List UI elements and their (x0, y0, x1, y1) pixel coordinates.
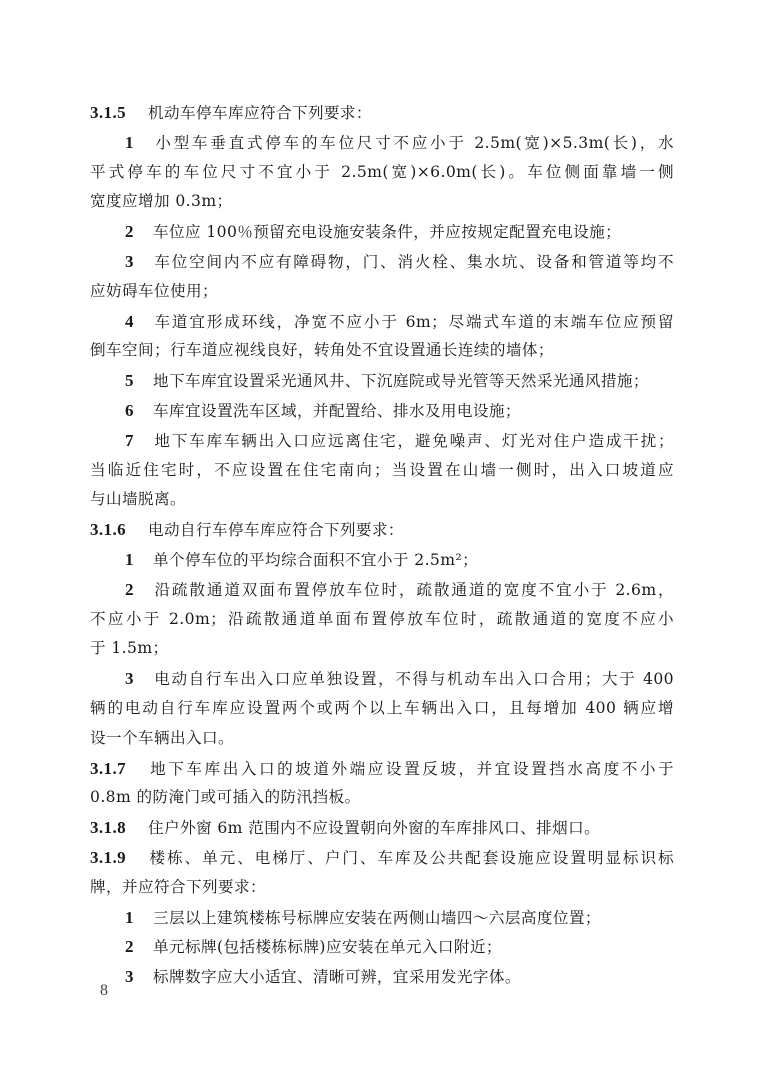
item-number: 2 (125, 932, 153, 962)
line-text: 住户外窗 6m 范围内不应设置朝向外窗的车库排风口、排烟口。 (148, 819, 600, 837)
line-text: 倒车空间；行车道应视线良好，转角处不宜设置通长连续的墙体； (90, 341, 554, 359)
line-text: 单个停车位的平均综合面积不宜小于 2.5m²； (153, 551, 478, 569)
line-text: 设一个车辆出入口。 (90, 729, 234, 747)
list-item-line: 2单元标牌(包括楼栋标牌)应安装在单元入口附近； (90, 932, 674, 962)
line-text: 三层以上建筑楼栋号标牌应安装在两侧山墙四～六层高度位置； (153, 909, 601, 927)
item-number: 3 (125, 962, 153, 992)
text-line: 牌，并应符合下列要求： (90, 873, 674, 903)
list-item-line: 7地下车库车辆出入口应远离住宅，避免噪声、灯光对住户造成干扰； (90, 426, 674, 456)
line-text: 地下车库出入口的坡道外端应设置反坡，并宜设置挡水高度不小于 (148, 760, 674, 778)
list-item-line: 4车道宜形成环线，净宽不应小于 6m；尽端式车道的末端车位应预留 (90, 307, 674, 337)
item-number: 4 (125, 307, 153, 337)
clause-number: 3.1.7 (90, 754, 148, 784)
line-text: 于 1.5m； (90, 639, 169, 657)
clause-number: 3.1.6 (90, 515, 148, 545)
line-text: 牌，并应符合下列要求： (90, 878, 266, 896)
list-item-line: 3车位空间内不应有障碍物，门、消火栓、集水坑、设备和管道等均不 (90, 247, 674, 277)
list-item-line: 6车库宜设置洗车区域，并配置给、排水及用电设施； (90, 396, 674, 426)
text-line: 不应小于 2.0m；沿疏散通道单面布置停放车位时，疏散通道的宽度不应小 (90, 605, 674, 635)
clause-number: 3.1.5 (90, 98, 148, 128)
line-text: 辆的电动自行车库应设置两个或两个以上车辆出入口，且每增加 400 辆应增 (90, 699, 674, 717)
text-line: 应妨碍车位使用； (90, 277, 674, 307)
text-line: 倒车空间；行车道应视线良好，转角处不宜设置通长连续的墙体； (90, 336, 674, 366)
clause-heading-line: 3.1.5机动车停车库应符合下列要求： (90, 98, 674, 128)
line-text: 当临近住宅时，不应设置在住宅南向；当设置在山墙一侧时，出入口坡道应 (90, 461, 674, 479)
clause-number: 3.1.9 (90, 843, 148, 873)
text-line: 当临近住宅时，不应设置在住宅南向；当设置在山墙一侧时，出入口坡道应 (90, 456, 674, 486)
item-number: 3 (125, 664, 153, 694)
item-number: 1 (125, 128, 153, 158)
item-number: 7 (125, 426, 153, 456)
document-body: 3.1.5机动车停车库应符合下列要求：1小型车垂直式停车的车位尺寸不应小于 2.… (90, 98, 674, 992)
line-text: 电动自行车出入口应单独设置，不得与机动车出入口合用；大于 400 (153, 670, 674, 688)
line-text: 沿疏散通道双面布置停放车位时，疏散通道的宽度不宜小于 2.6m， (153, 581, 674, 599)
line-text: 单元标牌(包括楼栋标牌)应安装在单元入口附近； (153, 938, 502, 956)
line-text: 车位空间内不应有障碍物，门、消火栓、集水坑、设备和管道等均不 (153, 253, 674, 271)
item-number: 6 (125, 396, 153, 426)
list-item-line: 2沿疏散通道双面布置停放车位时，疏散通道的宽度不宜小于 2.6m， (90, 575, 674, 605)
text-line: 辆的电动自行车库应设置两个或两个以上车辆出入口，且每增加 400 辆应增 (90, 694, 674, 724)
item-number: 1 (125, 545, 153, 575)
page-number: 8 (100, 982, 108, 1000)
line-text: 宽度应增加 0.3m； (90, 192, 233, 210)
list-item-line: 2车位应 100％预留充电设施安装条件，并应按规定配置充电设施； (90, 217, 674, 247)
text-line: 于 1.5m； (90, 634, 674, 664)
list-item-line: 3标牌数字应大小适宜、清晰可辨，宜采用发光字体。 (90, 962, 674, 992)
line-text: 标牌数字应大小适宜、清晰可辨，宜采用发光字体。 (153, 968, 521, 986)
item-number: 1 (125, 903, 153, 933)
list-item-line: 1三层以上建筑楼栋号标牌应安装在两侧山墙四～六层高度位置； (90, 903, 674, 933)
list-item-line: 1小型车垂直式停车的车位尺寸不应小于 2.5m(宽)×5.3m(长)，水 (90, 128, 674, 158)
item-number: 2 (125, 575, 153, 605)
item-number: 2 (125, 217, 153, 247)
text-line: 设一个车辆出入口。 (90, 724, 674, 754)
item-number: 3 (125, 247, 153, 277)
clause-heading-line: 3.1.6电动自行车停车库应符合下列要求： (90, 515, 674, 545)
line-text: 楼栋、单元、电梯厅、户门、车库及公共配套设施应设置明显标识标 (148, 849, 674, 867)
list-item-line: 5地下车库宜设置采光通风井、下沉庭院或导光管等天然采光通风措施； (90, 366, 674, 396)
clause-heading-line: 3.1.8住户外窗 6m 范围内不应设置朝向外窗的车库排风口、排烟口。 (90, 813, 674, 843)
text-line: 与山墙脱离。 (90, 485, 674, 515)
line-text: 地下车库宜设置采光通风井、下沉庭院或导光管等天然采光通风措施； (153, 372, 649, 390)
text-line: 宽度应增加 0.3m； (90, 187, 674, 217)
line-text: 地下车库车辆出入口应远离住宅，避免噪声、灯光对住户造成干扰； (153, 432, 674, 450)
clause-heading-line: 3.1.7地下车库出入口的坡道外端应设置反坡，并宜设置挡水高度不小于 (90, 754, 674, 784)
line-text: 0.8m 的防淹门或可插入的防汛挡板。 (90, 788, 360, 806)
line-text: 与山墙脱离。 (90, 490, 186, 508)
list-item-line: 1单个停车位的平均综合面积不宜小于 2.5m²； (90, 545, 674, 575)
list-item-line: 3电动自行车出入口应单独设置，不得与机动车出入口合用；大于 400 (90, 664, 674, 694)
line-text: 应妨碍车位使用； (90, 282, 218, 300)
line-text: 车库宜设置洗车区域，并配置给、排水及用电设施； (153, 402, 521, 420)
item-number: 5 (125, 366, 153, 396)
line-text: 机动车停车库应符合下列要求： (148, 104, 372, 122)
clause-number: 3.1.8 (90, 813, 148, 843)
line-text: 车道宜形成环线，净宽不应小于 6m；尽端式车道的末端车位应预留 (153, 313, 674, 331)
line-text: 平式停车的车位尺寸不宜小于 2.5m(宽)×6.0m(长)。车位侧面靠墙一侧 (90, 163, 674, 181)
line-text: 电动自行车停车库应符合下列要求： (148, 521, 404, 539)
line-text: 车位应 100％预留充电设施安装条件，并应按规定配置充电设施； (153, 223, 621, 241)
line-text: 不应小于 2.0m；沿疏散通道单面布置停放车位时，疏散通道的宽度不应小 (90, 610, 674, 628)
text-line: 平式停车的车位尺寸不宜小于 2.5m(宽)×6.0m(长)。车位侧面靠墙一侧 (90, 158, 674, 188)
clause-heading-line: 3.1.9楼栋、单元、电梯厅、户门、车库及公共配套设施应设置明显标识标 (90, 843, 674, 873)
text-line: 0.8m 的防淹门或可插入的防汛挡板。 (90, 783, 674, 813)
line-text: 小型车垂直式停车的车位尺寸不应小于 2.5m(宽)×5.3m(长)，水 (153, 134, 674, 152)
